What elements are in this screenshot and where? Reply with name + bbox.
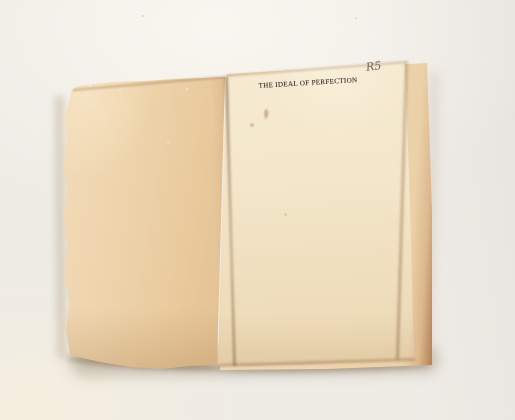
pencil-mark: R5: [365, 60, 382, 73]
stain-mark-core: [264, 109, 268, 118]
right-page: [212, 56, 418, 370]
page-speck: [284, 213, 287, 216]
left-page: [58, 72, 228, 374]
photo-backdrop: THE IDEAL OF PERFECTION R5: [0, 0, 515, 420]
stain-dot: [250, 123, 254, 127]
